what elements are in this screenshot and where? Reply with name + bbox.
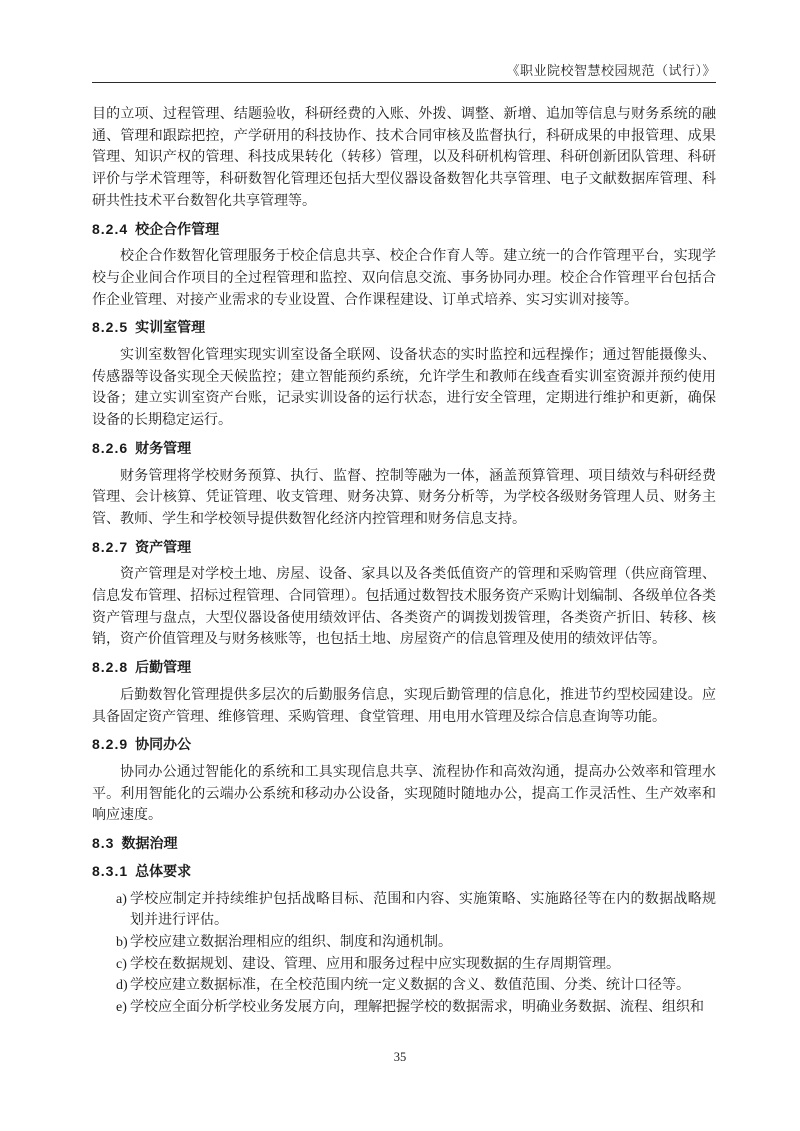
section-number: 8.2.4 bbox=[92, 221, 128, 237]
section-title: 资产管理 bbox=[135, 539, 191, 555]
list-item-label: e) bbox=[116, 997, 127, 1019]
list-item-text: 学校应制定并持续维护包括战略目标、范围和内容、实施策略、实施路径等在内的数据战略… bbox=[130, 892, 716, 929]
list-item-c: c) 学校在数据规划、建设、管理、应用和服务过程中应实现数据的生存周期管理。 bbox=[92, 954, 716, 976]
section-title: 财务管理 bbox=[135, 440, 191, 456]
requirements-list: a) 学校应制定并持续维护包括战略目标、范围和内容、实施策略、实施路径等在内的数… bbox=[92, 889, 716, 1019]
paragraph-8-2-5: 实训室数智化管理实现实训室设备全联网、设备状态的实时监控和远程操作；通过智能摄像… bbox=[92, 345, 716, 432]
section-title: 校企合作管理 bbox=[135, 221, 219, 237]
page-header: 《职业院校智慧校园规范（试行）》 bbox=[92, 0, 716, 83]
list-item-text: 学校应建立数据治理相应的组织、制度和沟通机制。 bbox=[130, 935, 452, 950]
section-title: 数据治理 bbox=[121, 835, 177, 851]
document-page: 《职业院校智慧校园规范（试行）》 目的立项、过程管理、结题验收，科研经费的入账、… bbox=[0, 0, 800, 1131]
page-footer: 35 bbox=[0, 1048, 800, 1066]
section-number: 8.2.9 bbox=[92, 736, 128, 752]
list-item-label: d) bbox=[116, 975, 128, 997]
list-item-label: c) bbox=[116, 954, 127, 976]
section-heading-8-2-9: 8.2.9协同办公 bbox=[92, 734, 716, 756]
paragraph-8-2-4: 校企合作数智化管理服务于校企信息共享、校企合作育人等。建立统一的合作管理平台，实… bbox=[92, 246, 716, 311]
paragraph-8-2-9: 协同办公通过智能化的系统和工具实现信息共享、流程协作和高效沟通，提高办公效率和管… bbox=[92, 762, 716, 827]
list-item-text: 学校应全面分析学校业务发展方向，理解把握学校的数据需求，明确业务数据、流程、组织… bbox=[130, 1000, 704, 1015]
section-heading-8-2-8: 8.2.8后勤管理 bbox=[92, 657, 716, 679]
section-number: 8.3 bbox=[92, 835, 114, 851]
list-item-text: 学校应建立数据标准，在全校范围内统一定义数据的含义、数值范围、分类、统计口径等。 bbox=[130, 978, 690, 993]
section-heading-8-2-4: 8.2.4校企合作管理 bbox=[92, 219, 716, 241]
list-item-a: a) 学校应制定并持续维护包括战略目标、范围和内容、实施策略、实施路径等在内的数… bbox=[92, 889, 716, 932]
list-item-label: a) bbox=[116, 889, 127, 911]
paragraph-8-2-7: 资产管理是对学校土地、房屋、设备、家具以及各类低值资产的管理和采购管理（供应商管… bbox=[92, 564, 716, 651]
list-item-e: e) 学校应全面分析学校业务发展方向，理解把握学校的数据需求，明确业务数据、流程… bbox=[92, 997, 716, 1019]
page-number: 35 bbox=[394, 1050, 407, 1064]
section-number: 8.2.7 bbox=[92, 539, 128, 555]
paragraph-8-2-8: 后勤数智化管理提供多层次的后勤服务信息，实现后勤管理的信息化，推进节约型校园建设… bbox=[92, 685, 716, 728]
list-item-label: b) bbox=[116, 932, 128, 954]
section-number: 8.2.8 bbox=[92, 659, 128, 675]
section-number: 8.2.5 bbox=[92, 319, 128, 335]
section-heading-8-3-1: 8.3.1总体要求 bbox=[92, 861, 716, 883]
section-heading-8-2-6: 8.2.6财务管理 bbox=[92, 438, 716, 460]
header-title: 《职业院校智慧校园规范（试行）》 bbox=[92, 62, 716, 79]
list-item-b: b) 学校应建立数据治理相应的组织、制度和沟通机制。 bbox=[92, 932, 716, 954]
section-title: 实训室管理 bbox=[135, 319, 205, 335]
section-title: 协同办公 bbox=[135, 736, 191, 752]
page-content: 目的立项、过程管理、结题验收，科研经费的入账、外拨、调整、新增、追加等信息与财务… bbox=[92, 104, 716, 1019]
section-title: 后勤管理 bbox=[135, 659, 191, 675]
section-number: 8.3.1 bbox=[92, 863, 128, 879]
section-title: 总体要求 bbox=[135, 863, 191, 879]
paragraph-intro-continuation: 目的立项、过程管理、结题验收，科研经费的入账、外拨、调整、新增、追加等信息与财务… bbox=[92, 104, 716, 213]
list-item-d: d) 学校应建立数据标准，在全校范围内统一定义数据的含义、数值范围、分类、统计口… bbox=[92, 975, 716, 997]
section-heading-8-2-5: 8.2.5实训室管理 bbox=[92, 317, 716, 339]
section-number: 8.2.6 bbox=[92, 440, 128, 456]
paragraph-8-2-6: 财务管理将学校财务预算、执行、监督、控制等融为一体，涵盖预算管理、项目绩效与科研… bbox=[92, 466, 716, 531]
section-heading-8-2-7: 8.2.7资产管理 bbox=[92, 537, 716, 559]
section-heading-8-3: 8.3数据治理 bbox=[92, 833, 716, 855]
list-item-text: 学校在数据规划、建设、管理、应用和服务过程中应实现数据的生存周期管理。 bbox=[130, 957, 620, 972]
